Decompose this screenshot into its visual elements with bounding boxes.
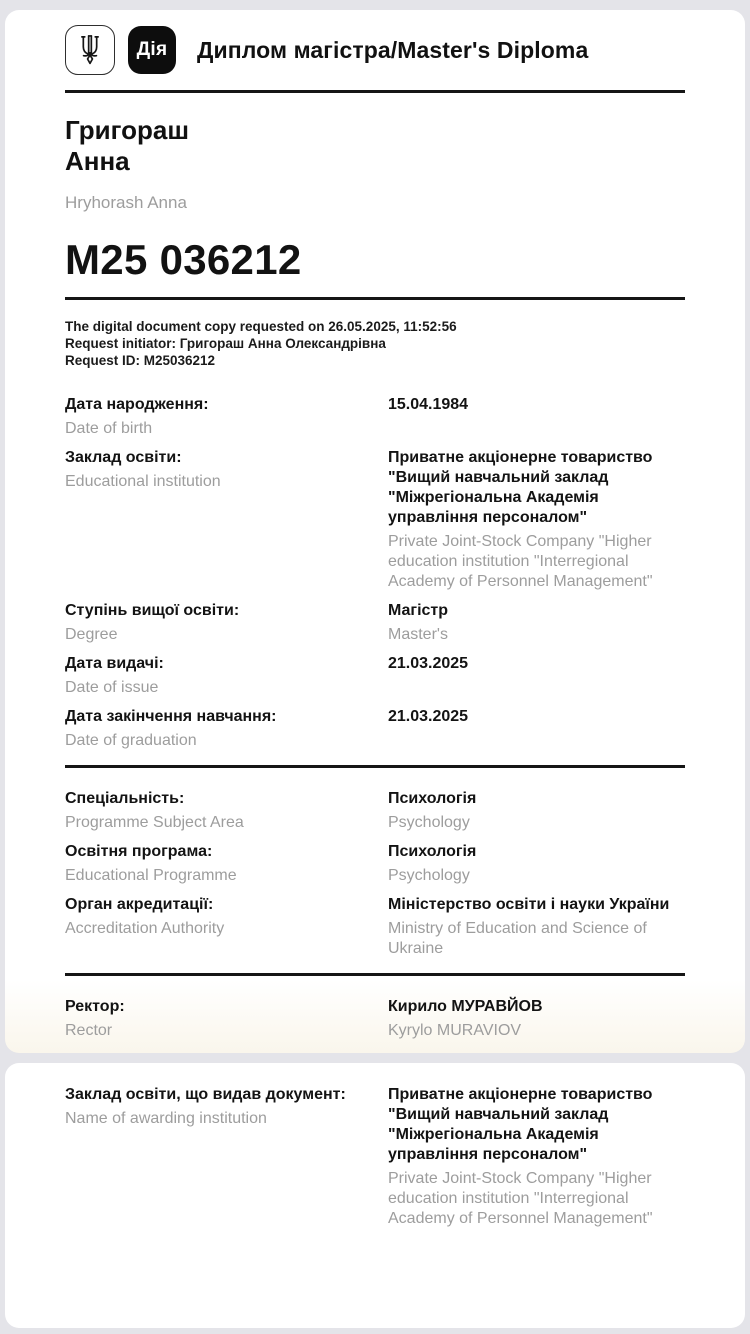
holder-given-name: Анна	[65, 146, 685, 177]
field-row-date-of-issue: Дата видачі: Date of issue 21.03.2025	[65, 654, 685, 698]
field-label-ua: Дата закінчення навчання:	[65, 707, 364, 727]
field-label-en: Educational Programme	[65, 866, 364, 886]
field-value-ua: Міністерство освіти і науки України	[388, 895, 685, 915]
field-label-ua: Орган акредитації:	[65, 895, 364, 915]
holder-name-latin: Hryhorash Anna	[65, 193, 685, 213]
field-label-ua: Заклад освіти:	[65, 448, 364, 468]
field-row-awarding-institution: Заклад освіти, що видав документ: Name o…	[65, 1085, 685, 1229]
fields-section: Дата народження: Date of birth 15.04.198…	[65, 395, 685, 1041]
holder-surname: Григораш	[65, 115, 685, 146]
document-number: М25 036212	[65, 237, 685, 283]
field-label-en: Date of issue	[65, 678, 364, 698]
request-info-initiator: Request initiator: Григораш Анна Олексан…	[65, 335, 685, 352]
field-label-ua: Освітня програма:	[65, 842, 364, 862]
field-value-ua: 15.04.1984	[388, 395, 685, 415]
field-row-degree: Ступінь вищої освіти: Degree Магістр Mas…	[65, 601, 685, 645]
field-value-ua: Приватне акціонерне товариство "Вищий на…	[388, 1085, 685, 1165]
field-value-ua: Психологія	[388, 789, 685, 809]
field-label-ua: Заклад освіти, що видав документ:	[65, 1085, 364, 1105]
diia-logo: Дія	[128, 26, 176, 74]
field-value-en: Private Joint-Stock Company "Higher educ…	[388, 532, 685, 592]
field-row-educational-institution: Заклад освіти: Educational institution П…	[65, 448, 685, 592]
holder-name: Григораш Анна	[65, 115, 685, 177]
field-label-en: Date of birth	[65, 419, 364, 439]
field-value-en: Psychology	[388, 813, 685, 833]
field-row-date-of-graduation: Дата закінчення навчання: Date of gradua…	[65, 707, 685, 751]
field-row-educational-programme: Освітня програма: Educational Programme …	[65, 842, 685, 886]
field-label-en: Date of graduation	[65, 731, 364, 751]
field-value-ua: 21.03.2025	[388, 707, 685, 727]
awarding-institution-card: Заклад освіти, що видав документ: Name o…	[5, 1063, 745, 1328]
request-info-requested: The digital document copy requested on 2…	[65, 318, 685, 335]
field-label-ua: Ступінь вищої освіти:	[65, 601, 364, 621]
document-card: Дія Диплом магістра/Master's Diploma Гри…	[5, 10, 745, 1053]
field-label-ua: Спеціальність:	[65, 789, 364, 809]
field-row-programme-subject-area: Спеціальність: Programme Subject Area Пс…	[65, 789, 685, 833]
field-value-en: Private Joint-Stock Company "Higher educ…	[388, 1169, 685, 1229]
field-value-en: Kyrylo MURAVIOV	[388, 1021, 685, 1041]
ukraine-trident-icon	[65, 25, 115, 75]
field-label-ua: Ректор:	[65, 997, 364, 1017]
document-header: Дія Диплом магістра/Master's Diploma	[65, 25, 685, 75]
field-label-en: Accreditation Authority	[65, 919, 364, 939]
field-label-ua: Дата видачі:	[65, 654, 364, 674]
fields-divider	[65, 973, 685, 976]
number-divider	[65, 297, 685, 300]
header-divider	[65, 90, 685, 93]
field-value-ua: Кирило МУРАВЙОВ	[388, 997, 685, 1017]
request-info: The digital document copy requested on 2…	[65, 318, 685, 369]
field-value-ua: Приватне акціонерне товариство "Вищий на…	[388, 448, 685, 528]
diia-logo-text: Дія	[137, 39, 168, 61]
field-row-date-of-birth: Дата народження: Date of birth 15.04.198…	[65, 395, 685, 439]
field-value-en: Psychology	[388, 866, 685, 886]
field-label-en: Educational institution	[65, 472, 364, 492]
field-row-accreditation-authority: Орган акредитації: Accreditation Authori…	[65, 895, 685, 959]
field-value-en: Master's	[388, 625, 685, 645]
document-title: Диплом магістра/Master's Diploma	[197, 37, 588, 64]
field-row-rector: Ректор: Rector Кирило МУРАВЙОВ Kyrylo MU…	[65, 997, 685, 1041]
field-label-ua: Дата народження:	[65, 395, 364, 415]
fields-divider	[65, 765, 685, 768]
field-value-ua: Психологія	[388, 842, 685, 862]
field-value-ua: Магістр	[388, 601, 685, 621]
field-label-en: Degree	[65, 625, 364, 645]
field-value-en: Ministry of Education and Science of Ukr…	[388, 919, 685, 959]
field-label-en: Name of awarding institution	[65, 1109, 364, 1129]
field-label-en: Rector	[65, 1021, 364, 1041]
field-label-en: Programme Subject Area	[65, 813, 364, 833]
request-info-id: Request ID: М25036212	[65, 352, 685, 369]
field-value-ua: 21.03.2025	[388, 654, 685, 674]
